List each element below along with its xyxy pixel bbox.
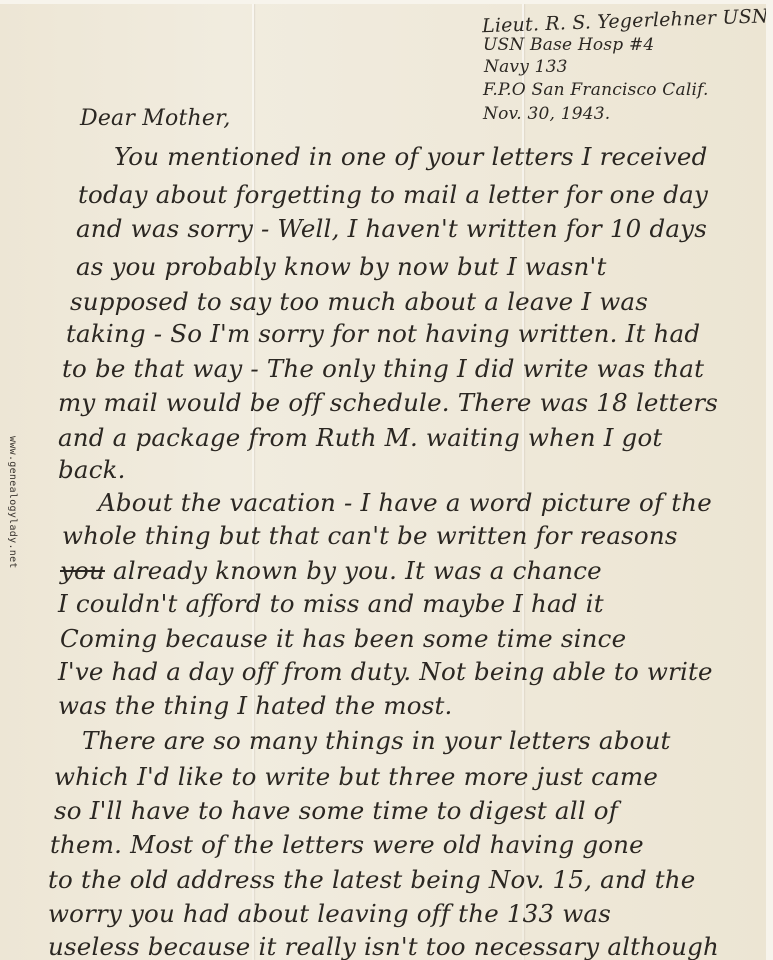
header-line-navy: Navy 133	[484, 58, 568, 77]
body-line: my mail would be off schedule. There was…	[58, 388, 718, 417]
body-line: today about forgetting to mail a letter …	[78, 180, 708, 209]
body-line: whole thing but that can't be written fo…	[62, 521, 678, 550]
header-line-fpo: F.P.O San Francisco Calif.	[483, 81, 709, 100]
body-line: You mentioned in one of your letters I r…	[114, 142, 708, 171]
header-line-hospital: USN Base Hosp #4	[483, 36, 654, 55]
body-line: and a package from Ruth M. waiting when …	[58, 423, 662, 452]
body-line: to the old address the latest being Nov.…	[48, 865, 695, 894]
watermark: www.genealogylady.net	[7, 436, 18, 569]
body-line: useless because it really isn't too nece…	[48, 932, 719, 960]
body-line: taking - So I'm sorry for not having wri…	[66, 319, 700, 348]
body-line: Coming because it has been some time sin…	[60, 624, 626, 653]
body-line: which I'd like to write but three more j…	[54, 762, 658, 791]
body-line: supposed to say too much about a leave I…	[70, 287, 648, 316]
header-line-rank-name: Lieut. R. S. Yegerlehner USNR	[482, 7, 766, 37]
body-line: I've had a day off from duty. Not being …	[58, 657, 713, 686]
body-line: I couldn't afford to miss and maybe I ha…	[58, 589, 604, 618]
salutation: Dear Mother,	[80, 106, 231, 131]
body-line: them. Most of the letters were old havin…	[50, 830, 644, 859]
body-line: so I'll have to have some time to digest…	[54, 796, 618, 825]
body-line: and was sorry - Well, I haven't written …	[76, 214, 707, 243]
struck-word: you	[60, 556, 105, 585]
body-line: About the vacation - I have a word pictu…	[98, 488, 712, 517]
body-line: you already known by you. It was a chanc…	[60, 556, 602, 585]
body-line: was the thing I hated the most.	[58, 691, 453, 720]
body-line: worry you had about leaving off the 133 …	[48, 899, 611, 928]
body-line-text: already known by you. It was a chance	[113, 556, 602, 585]
body-line: There are so many things in your letters…	[82, 726, 671, 755]
body-line: as you probably know by now but I wasn't	[76, 252, 607, 281]
letter-date: Nov. 30, 1943.	[483, 105, 610, 124]
letter-page: Lieut. R. S. Yegerlehner USNR USN Base H…	[0, 4, 766, 960]
body-line: to be that way - The only thing I did wr…	[62, 354, 704, 383]
body-line: back.	[58, 455, 126, 484]
